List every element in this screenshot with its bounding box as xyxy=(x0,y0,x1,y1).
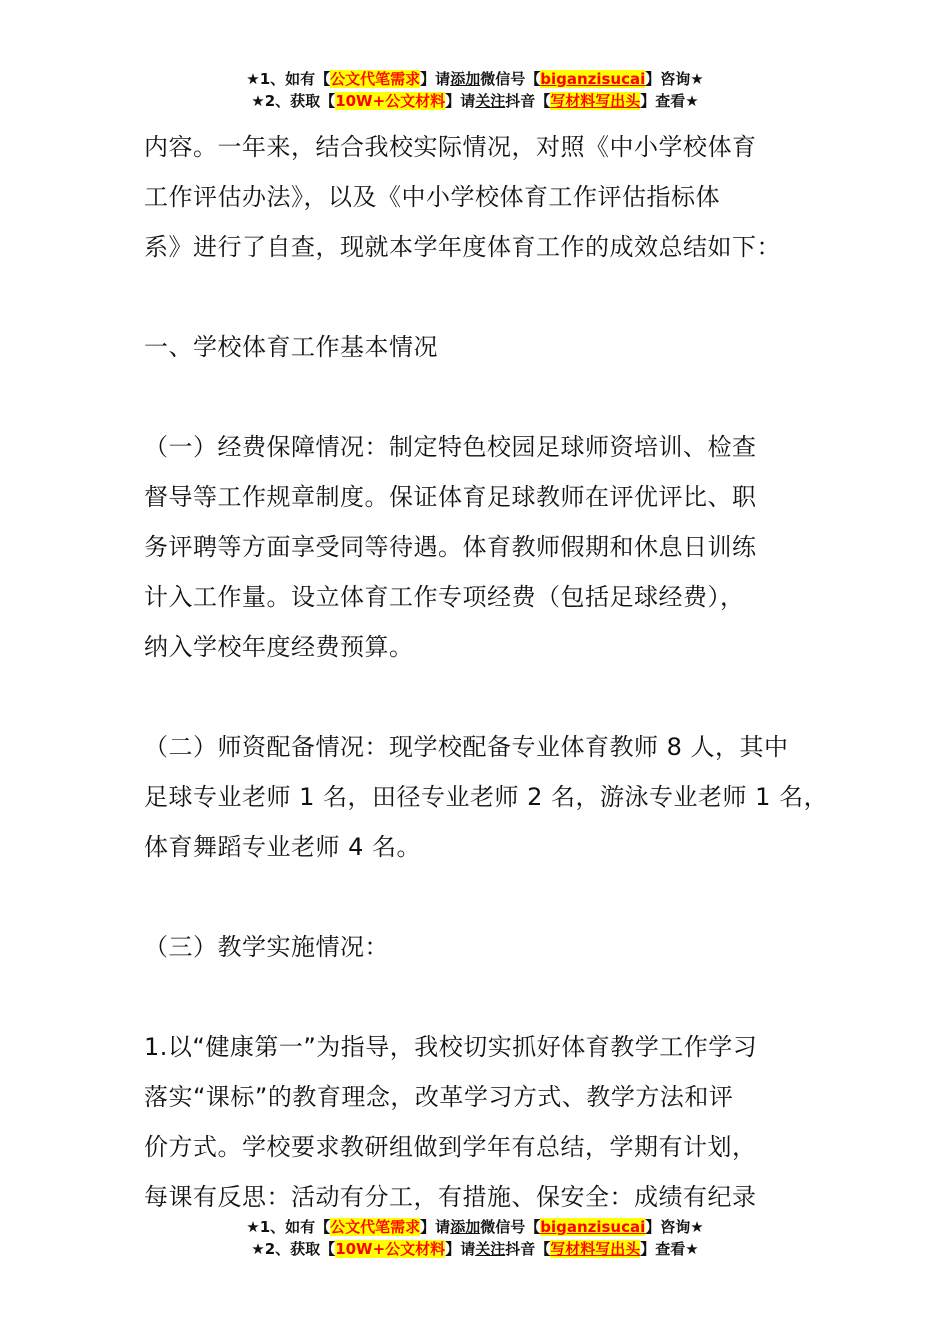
banner-text: 】咨询★ xyxy=(645,70,703,88)
banner-text: 抖音【 xyxy=(505,92,550,110)
highlight-wechat-id: biganzisucai xyxy=(540,1218,645,1236)
banner-text: 】请 xyxy=(445,92,475,110)
highlight-douyin: 写材料写出头 xyxy=(550,92,640,110)
banner-text: ★2、获取【 xyxy=(251,1240,335,1258)
highlight-service: 公文代笔需求 xyxy=(330,70,420,88)
banner-text: ★1、如有【 xyxy=(246,1218,330,1236)
banner-text: 】咨询★ xyxy=(645,1218,703,1236)
banner-text: ★2、获取【 xyxy=(251,92,335,110)
banner-text: 抖音【 xyxy=(505,1240,550,1258)
text-line: 内容。一年来，结合我校实际情况，对照《中小学校体育 xyxy=(144,122,844,172)
text-line: 工作评估办法》，以及《中小学校体育工作评估指标体 xyxy=(144,172,844,222)
banner-text: 微信号【 xyxy=(480,1218,540,1236)
paragraph-intro: 内容。一年来，结合我校实际情况，对照《中小学校体育 工作评估办法》，以及《中小学… xyxy=(144,122,844,272)
banner-line-1: ★1、如有【公文代笔需求】请添加微信号【biganzisucai】咨询★ xyxy=(0,68,950,90)
banner-text: 】查看★ xyxy=(640,1240,698,1258)
text-line: （二）师资配备情况：现学校配备专业体育教师 8 人，其中 xyxy=(144,722,844,772)
header-banner: ★1、如有【公文代笔需求】请添加微信号【biganzisucai】咨询★ ★2、… xyxy=(0,68,950,112)
text-line: 价方式。学校要求教研组做到学年有总结，学期有计划， xyxy=(144,1122,844,1172)
text-line: 计入工作量。设立体育工作专项经费（包括足球经费）， xyxy=(144,572,844,622)
heading-line: （三）教学实施情况： xyxy=(144,922,844,972)
heading-line: 一、学校体育工作基本情况 xyxy=(144,322,844,372)
text-line: 足球专业老师 1 名，田径专业老师 2 名，游泳专业老师 1 名， xyxy=(144,772,844,822)
subsection-heading: （三）教学实施情况： xyxy=(144,922,844,972)
text-line: 务评聘等方面享受同等待遇。体育教师假期和休息日训练 xyxy=(144,522,844,572)
banner-text: 】请 xyxy=(420,1218,450,1236)
text-line: 落实“课标”的教育理念，改革学习方式、教学方法和评 xyxy=(144,1072,844,1122)
paragraph-teaching: 1.以“健康第一”为指导，我校切实抓好体育教学工作学习 落实“课标”的教育理念，… xyxy=(144,1022,844,1222)
highlight-materials: 10W+公文材料 xyxy=(335,92,445,110)
text-line: （一）经费保障情况：制定特色校园足球师资培训、检查 xyxy=(144,422,844,472)
underlined-follow: 关注 xyxy=(475,92,505,110)
text-line: 每课有反思：活动有分工，有措施、保安全：成绩有纪录 xyxy=(144,1172,844,1222)
banner-text: 】查看★ xyxy=(640,92,698,110)
underlined-add: 添加 xyxy=(450,1218,480,1236)
text-line: 纳入学校年度经费预算。 xyxy=(144,622,844,672)
text-line: 体育舞蹈专业老师 4 名。 xyxy=(144,822,844,872)
highlight-service: 公文代笔需求 xyxy=(330,1218,420,1236)
highlight-materials: 10W+公文材料 xyxy=(335,1240,445,1258)
highlight-wechat-id: biganzisucai xyxy=(540,70,645,88)
banner-line-2: ★2、获取【10W+公文材料】请关注抖音【写材料写出头】查看★ xyxy=(0,90,950,112)
banner-line-1: ★1、如有【公文代笔需求】请添加微信号【biganzisucai】咨询★ xyxy=(0,1216,950,1238)
paragraph-staffing: （二）师资配备情况：现学校配备专业体育教师 8 人，其中 足球专业老师 1 名，… xyxy=(144,722,844,872)
highlight-douyin: 写材料写出头 xyxy=(550,1240,640,1258)
banner-text: ★1、如有【 xyxy=(246,70,330,88)
banner-text: 微信号【 xyxy=(480,70,540,88)
banner-line-2: ★2、获取【10W+公文材料】请关注抖音【写材料写出头】查看★ xyxy=(0,1238,950,1260)
text-line: 1.以“健康第一”为指导，我校切实抓好体育教学工作学习 xyxy=(144,1022,844,1072)
document-body: 内容。一年来，结合我校实际情况，对照《中小学校体育 工作评估办法》，以及《中小学… xyxy=(144,122,844,1222)
underlined-add: 添加 xyxy=(450,70,480,88)
paragraph-funding: （一）经费保障情况：制定特色校园足球师资培训、检查 督导等工作规章制度。保证体育… xyxy=(144,422,844,672)
banner-text: 】请 xyxy=(420,70,450,88)
banner-text: 】请 xyxy=(445,1240,475,1258)
text-line: 督导等工作规章制度。保证体育足球教师在评优评比、职 xyxy=(144,472,844,522)
underlined-follow: 关注 xyxy=(475,1240,505,1258)
footer-banner: ★1、如有【公文代笔需求】请添加微信号【biganzisucai】咨询★ ★2、… xyxy=(0,1216,950,1260)
section-heading: 一、学校体育工作基本情况 xyxy=(144,322,844,372)
text-line: 系》进行了自查，现就本学年度体育工作的成效总结如下： xyxy=(144,222,844,272)
